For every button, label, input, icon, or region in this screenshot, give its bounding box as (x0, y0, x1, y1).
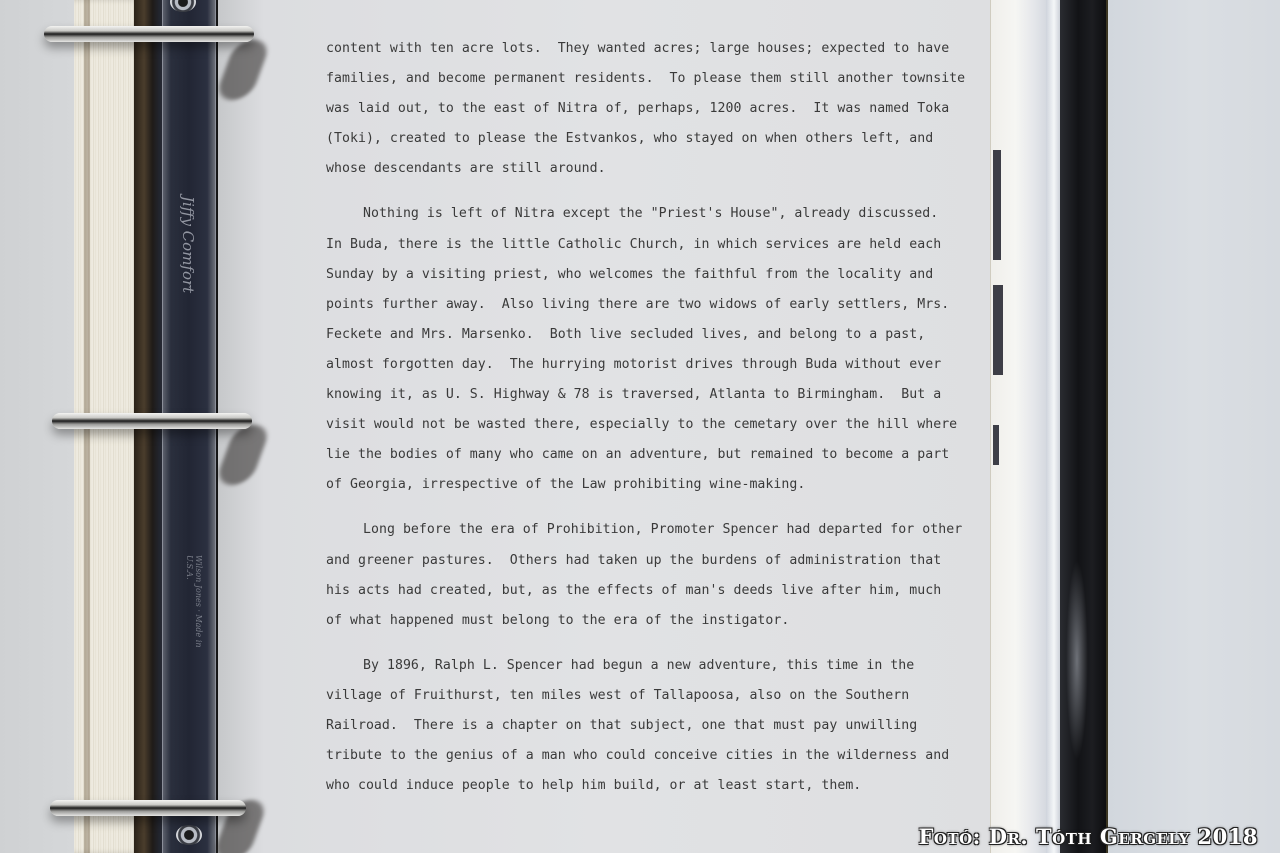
text-line: Sunday by a visiting priest, who welcome… (326, 264, 966, 294)
photo-credit-watermark: Fotó: Dr. Tóth Gergely 2018 (918, 824, 1258, 849)
text-line: whose descendants are still around. (326, 158, 966, 188)
text-line: By 1896, Ralph L. Spencer had begun a ne… (326, 655, 966, 685)
text-line: content with ten acre lots. They wanted … (326, 38, 966, 68)
text-line: lie the bodies of many who came on an ad… (326, 444, 966, 474)
zipper-highlight (1066, 560, 1088, 760)
paragraph: By 1896, Ralph L. Spencer had begun a ne… (326, 655, 966, 805)
text-line: (Toki), created to please the Estvankos,… (326, 128, 966, 158)
bottom-rivet-icon (176, 825, 202, 845)
text-line: who could induce people to help him buil… (326, 775, 966, 805)
text-line: of what happened must belong to the era … (326, 610, 966, 640)
page-text: content with ten acre lots. They wanted … (326, 38, 966, 820)
text-line: Railroad. There is a chapter on that sub… (326, 715, 966, 745)
photo-bleed (993, 425, 999, 465)
binder-ring-middle[interactable] (52, 413, 252, 429)
text-line: was laid out, to the east of Nitra of, p… (326, 98, 966, 128)
text-line: of Georgia, irrespective of the Law proh… (326, 474, 966, 504)
binder-brand-label: Jiffy Comfort (176, 170, 200, 320)
text-line: tribute to the genius of a man who could… (326, 745, 966, 775)
paragraph: content with ten acre lots. They wanted … (326, 38, 966, 188)
text-line: his acts had created, but, as the effect… (326, 580, 966, 610)
text-line: Feckete and Mrs. Marsenko. Both live sec… (326, 324, 966, 354)
text-line: Long before the era of Prohibition, Prom… (326, 519, 966, 549)
paragraph: Nothing is left of Nitra except the "Pri… (326, 203, 966, 504)
text-line: almost forgotten day. The hurrying motor… (326, 354, 966, 384)
text-line: knowing it, as U. S. Highway & 78 is tra… (326, 384, 966, 414)
binder-ring-top[interactable] (44, 26, 254, 42)
photo-bleed (993, 150, 1001, 260)
typed-page: content with ten acre lots. They wanted … (218, 0, 990, 853)
binder-cover (1108, 0, 1280, 853)
text-line: points further away. Also living there a… (326, 294, 966, 324)
photo-bleed (993, 285, 1003, 375)
text-line: village of Fruithurst, ten miles west of… (326, 685, 966, 715)
text-line: and greener pastures. Others had taken u… (326, 550, 966, 580)
text-line: visit would not be wasted there, especia… (326, 414, 966, 444)
page-right-edge (990, 0, 1053, 853)
binder-maker-label: Wilson Jones · Made in U.S.A. (182, 555, 204, 665)
text-line: In Buda, there is the little Catholic Ch… (326, 234, 966, 264)
text-line: families, and become permanent residents… (326, 68, 966, 98)
text-line: Nothing is left of Nitra except the "Pri… (326, 203, 966, 233)
paragraph: Long before the era of Prohibition, Prom… (326, 519, 966, 639)
binder-ring-bottom[interactable] (50, 800, 246, 816)
